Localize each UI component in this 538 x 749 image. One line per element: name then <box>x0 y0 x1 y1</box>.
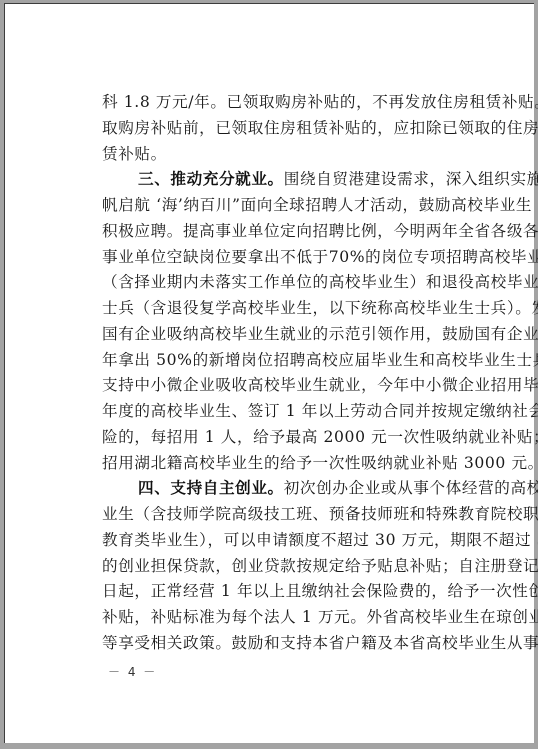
section-heading: 四、支持自主创业。 <box>138 479 284 497</box>
text-line: 事业单位空缺岗位要拿出不低于70%的岗位专项招聘高校毕业生 <box>102 245 494 271</box>
text-line: 士兵（含退役复学高校毕业生，以下统称高校毕业生士兵）。发挥 <box>102 296 494 322</box>
text-line: 帆启航 ‘海’纳百川”面向全球招聘人才活动，鼓励高校毕业生 <box>102 193 494 219</box>
text-line: 的创业担保贷款，创业贷款按规定给予贴息补贴；自注册登记之 <box>102 554 494 580</box>
text-line: 年度的高校毕业生、签订 1 年以上劳动合同并按规定缴纳社会保 <box>102 399 494 425</box>
text-line: （含择业期内未落实工作单位的高校毕业生）和退役高校毕业生 <box>102 270 494 296</box>
text-line: 险的，每招用 1 人，给予最高 2000 元一次性吸纳就业补贴；对 <box>102 425 494 451</box>
text-line: 支持中小微企业吸收高校毕业生就业，今年中小微企业招用毕业 <box>102 373 494 399</box>
section-heading-line: 三、推动充分就业。围绕自贸港建设需求，深入组织实施“扬 <box>102 167 494 193</box>
text-line: 教育类毕业生），可以申请额度不超过 30 万元，期限不超过 3 年 <box>102 528 494 554</box>
text-line: 取购房补贴前，已领取住房租赁补贴的，应扣除已领取的住房租 <box>102 116 494 142</box>
body-text: 科 1.8 万元/年。已领取购房补贴的，不再发放住房租赁补贴。领 取购房补贴前，… <box>102 90 494 657</box>
text-line: 招用湖北籍高校毕业生的给予一次性吸纳就业补贴 3000 元。 <box>102 451 494 477</box>
page-number: － 4 － <box>108 663 157 680</box>
section-heading-line: 四、支持自主创业。初次创办企业或从事个体经营的高校毕 <box>102 476 494 502</box>
text-line: 赁补贴。 <box>102 142 494 168</box>
text-line: 日起，正常经营 1 年以上且缴纳社会保险费的，给予一次性创业 <box>102 579 494 605</box>
text-line: 补贴，补贴标准为每个法人 1 万元。外省高校毕业生在琼创业同 <box>102 605 494 631</box>
text-line: 等享受相关政策。鼓励和支持本省户籍及本省高校毕业生从事电 <box>102 631 494 657</box>
text-line: 科 1.8 万元/年。已领取购房补贴的，不再发放住房租赁补贴。领 <box>102 90 494 116</box>
section-heading: 三、推动充分就业。 <box>138 170 284 188</box>
text-line: 国有企业吸纳高校毕业生就业的示范引领作用，鼓励国有企业每 <box>102 322 494 348</box>
text-line: 积极应聘。提高事业单位定向招聘比例，今明两年全省各级各类 <box>102 219 494 245</box>
text-run: 初次创办企业或从事个体经营的高校毕 <box>284 479 538 497</box>
document-page: 科 1.8 万元/年。已领取购房补贴的，不再发放住房租赁补贴。领 取购房补贴前，… <box>4 3 534 743</box>
text-line: 年拿出 50%的新增岗位招聘高校应届毕业生和高校毕业生士兵。 <box>102 348 494 374</box>
text-line: 业生（含技师学院高级技工班、预备技师班和特殊教育院校职业 <box>102 502 494 528</box>
text-run: 围绕自贸港建设需求，深入组织实施“扬 <box>284 170 538 188</box>
